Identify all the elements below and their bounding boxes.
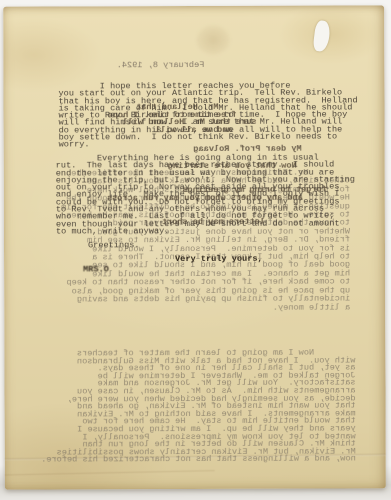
- letter-paragraph: I hope this letter reaches you before yo…: [58, 82, 380, 149]
- bleedthrough-date: February 8, 1924.: [117, 61, 205, 70]
- letter-signature-initials: MRS.O: [83, 266, 109, 273]
- letter-closing-greetings: Greetings.: [88, 242, 140, 249]
- letter-valediction: Very truly yours,: [175, 256, 263, 264]
- bleedthrough-layer: February 8, 1924. My dear Prof. Rolvaag …: [3, 5, 386, 489]
- letter-paragraph: Everything here is going along in its us…: [56, 154, 378, 235]
- bleedthrough-paragraph: Now I am going to learn the matter of te…: [21, 349, 355, 464]
- letter-paper: February 8, 1924. My dear Prof. Rolvaag …: [3, 5, 386, 489]
- scanned-letter-page: { "scan": { "background_color": "#f3f2ef…: [0, 0, 391, 500]
